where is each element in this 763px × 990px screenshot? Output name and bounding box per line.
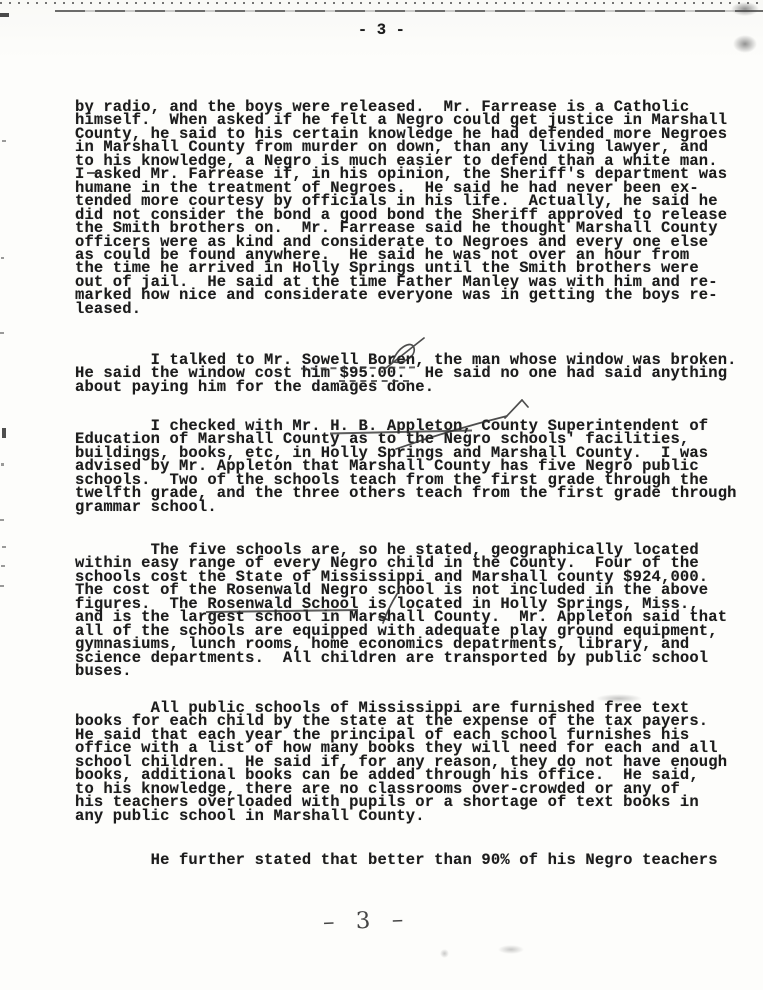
paragraph-sowell-boren-window: I talked to Mr. Sowell Boren, the man wh…	[75, 354, 737, 394]
scan-edge-solid-line	[55, 10, 763, 12]
scan-smudge-bottom-small	[440, 949, 449, 958]
page-number-footer-handwritten: – 3 –	[323, 906, 411, 935]
scan-corner-mark	[0, 13, 9, 17]
scan-speck	[2, 140, 6, 142]
paragraph-five-schools: The five schools are, so he stated, geog…	[75, 544, 727, 679]
paragraph-appleton-schools: I checked with Mr. H. B. Appleton, Count…	[75, 420, 737, 514]
scan-speck	[1, 257, 4, 259]
scan-smudge-right	[733, 35, 757, 53]
scan-edge-dotted-line	[0, 2, 763, 4]
underline-his	[87, 172, 101, 174]
scan-speck	[2, 428, 6, 438]
paragraph-negro-teachers: He further stated that better than 90% o…	[75, 854, 718, 867]
scanned-document-page: - 3 - by radio, and the boys were releas…	[0, 0, 763, 990]
paragraph-farrease-interview: by radio, and the boys were released. Mr…	[75, 101, 727, 316]
page-number-header: - 3 -	[0, 24, 763, 37]
scan-speck	[0, 585, 4, 587]
scan-speck	[1, 565, 5, 567]
scan-smudge-top-right	[731, 2, 759, 16]
scan-smudge-bottom	[498, 945, 524, 954]
scan-speck	[0, 519, 4, 521]
scan-speck	[1, 463, 4, 466]
underline-95-dollars	[339, 380, 409, 382]
scan-speck	[0, 332, 4, 334]
scan-speck	[2, 546, 6, 548]
paragraph-free-textbooks: All public schools of Mississippi are fu…	[75, 702, 727, 823]
